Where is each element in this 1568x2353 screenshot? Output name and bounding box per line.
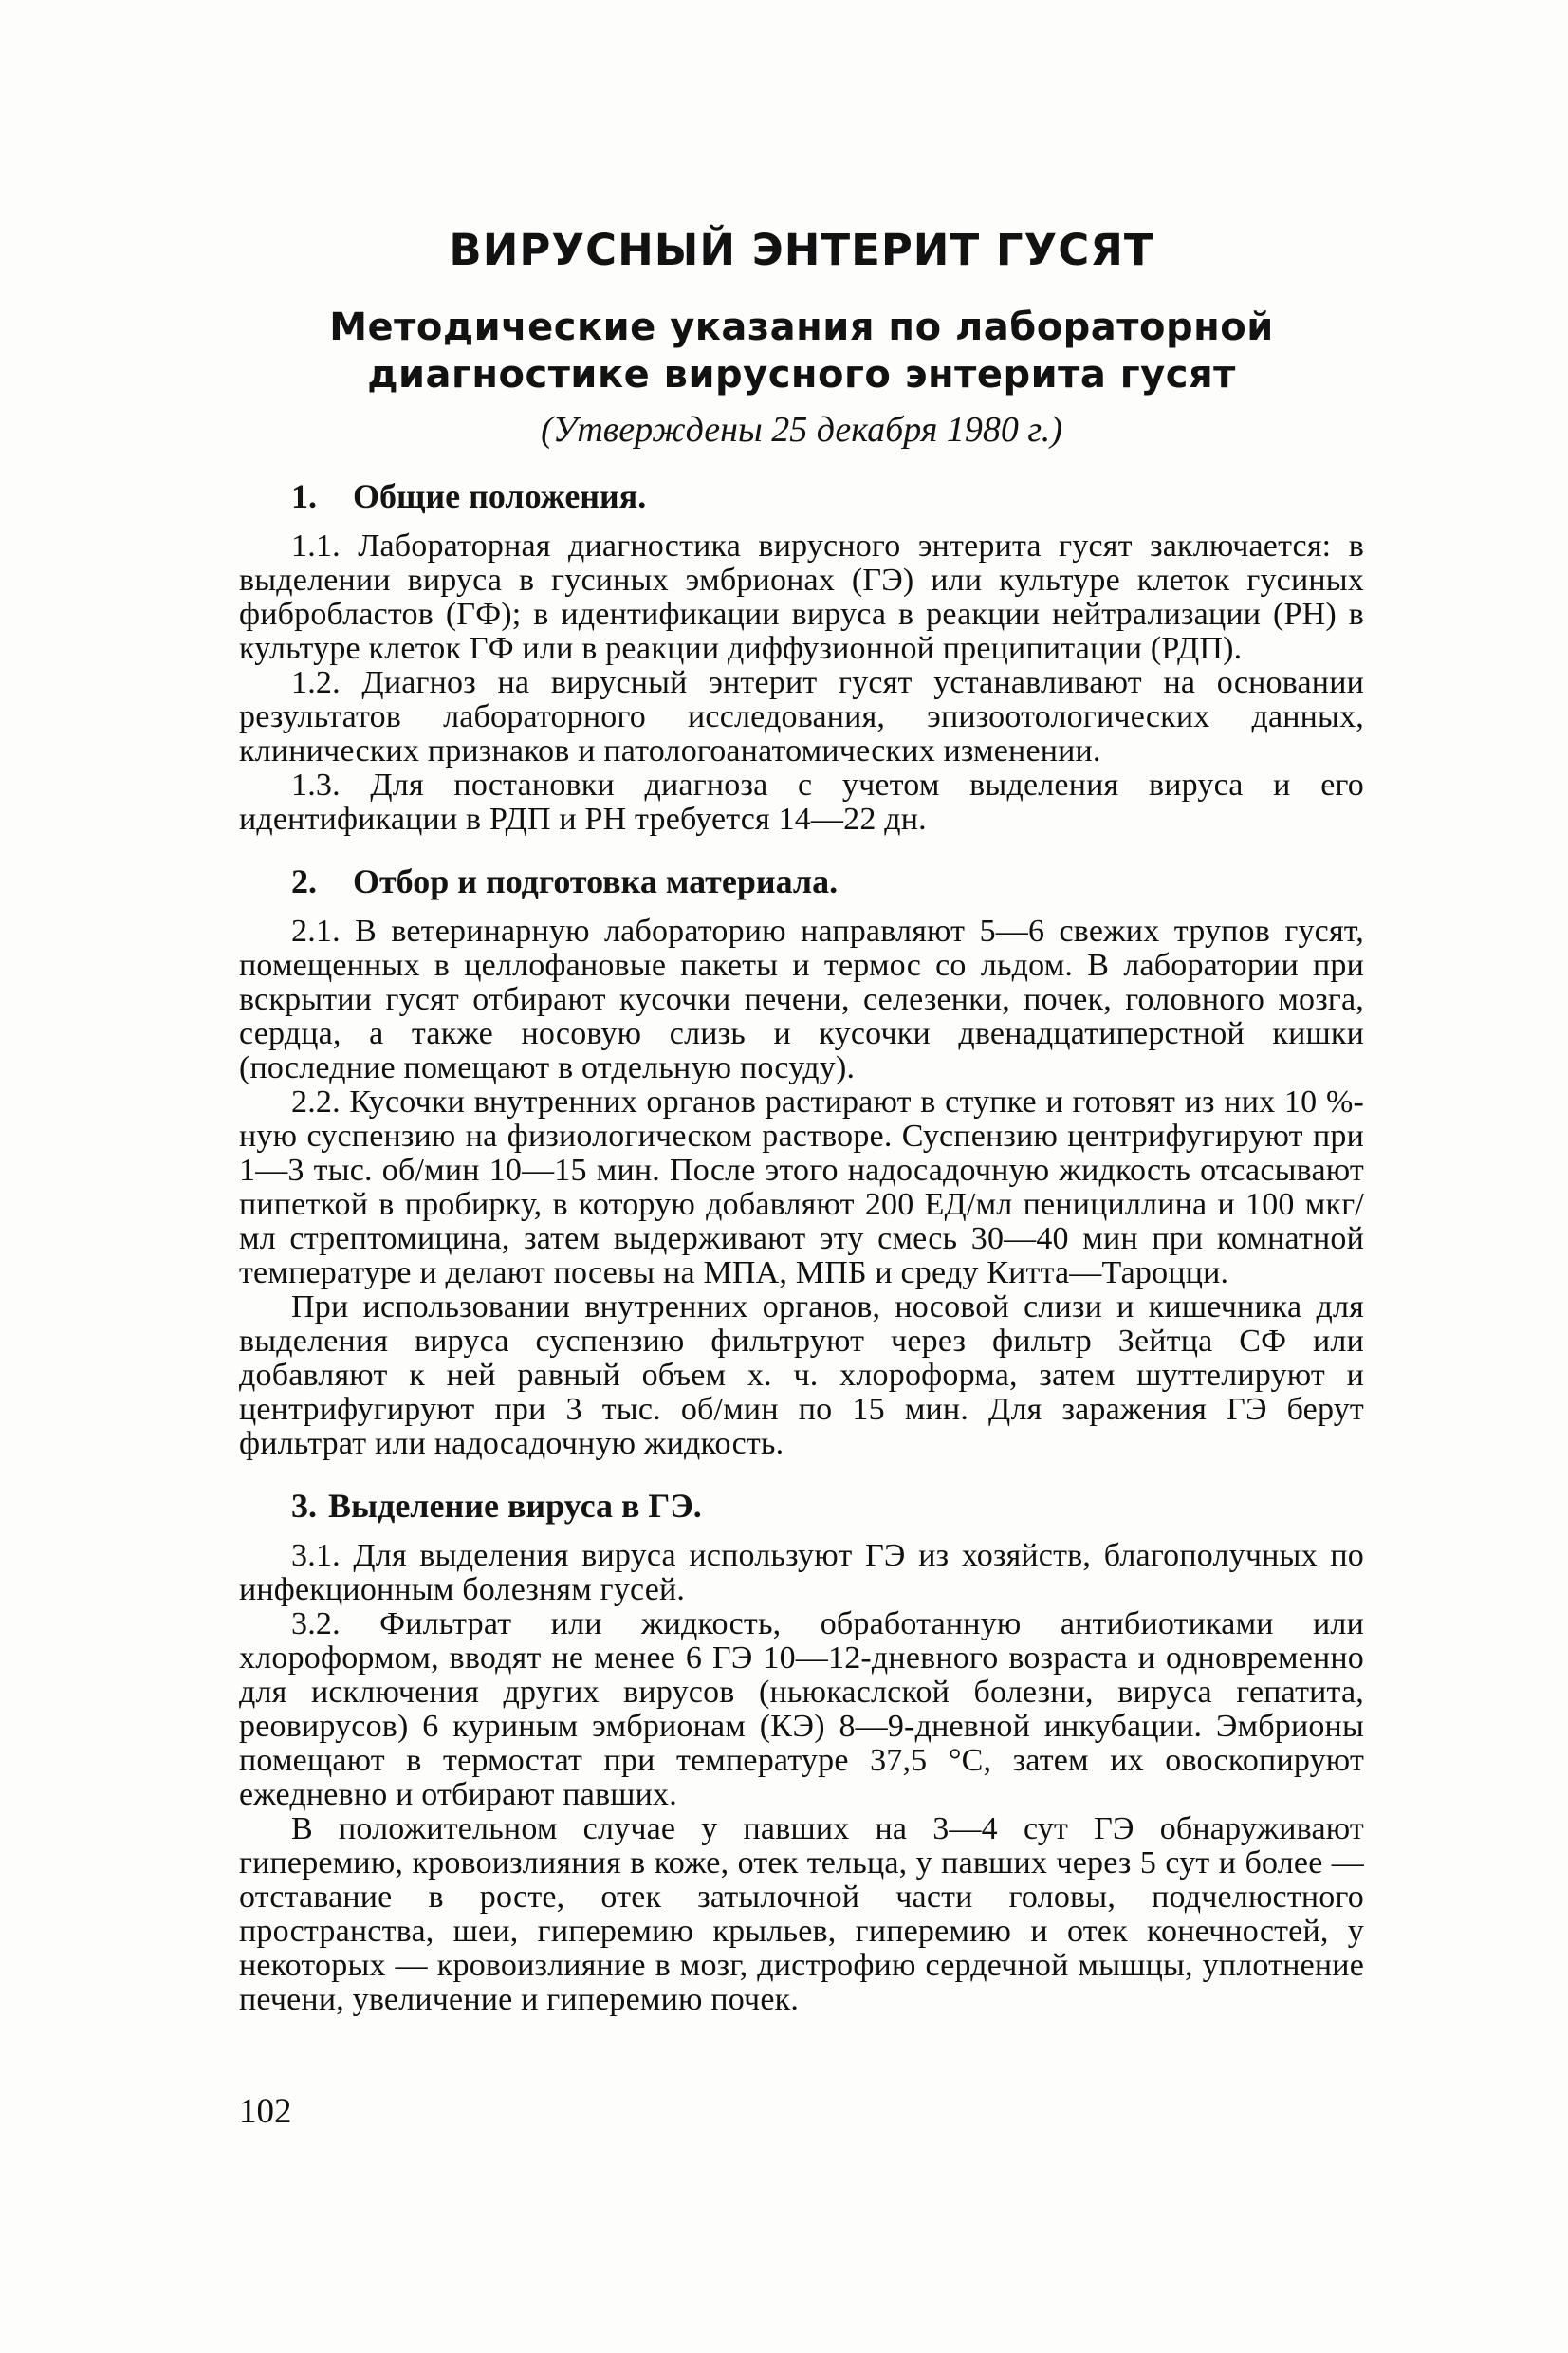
doc-subtitle: Методические указания по лабораторной ди… xyxy=(239,304,1364,398)
scanned-document-page: ВИРУСНЫЙ ЭНТЕРИТ ГУСЯТ Методические указ… xyxy=(0,0,1568,2353)
page-number: 102 xyxy=(239,2093,292,2131)
paragraph: 2.2. Кусочки внутренних органов растираю… xyxy=(239,1085,1364,1290)
section-number: 3. xyxy=(291,1487,317,1525)
section-title: Отбор и подготовка материала. xyxy=(353,862,838,900)
section-heading: 2.Отбор и подготовка материала. xyxy=(239,862,1364,901)
section-heading: 3.Выделение вируса в ГЭ. xyxy=(239,1486,1364,1526)
approval-note: (Утверждены 25 декабря 1980 г.) xyxy=(239,408,1364,452)
paragraph: При использовании внутренних органов, но… xyxy=(239,1290,1364,1461)
paragraph: 3.2. Фильтрат или жидкость, обработанную… xyxy=(239,1607,1364,1812)
section-title: Выделение вируса в ГЭ. xyxy=(328,1487,702,1525)
section-general: 1.Общие положения. 1.1. Лабораторная диа… xyxy=(239,476,1364,837)
page-title: ВИРУСНЫЙ ЭНТЕРИТ ГУСЯТ xyxy=(239,226,1364,275)
section-number: 2. xyxy=(291,862,317,900)
paragraph: 2.1. В ветеринарную лабораторию направля… xyxy=(239,915,1364,1085)
section-number: 1. xyxy=(291,477,317,515)
paragraph: 1.2. Диагноз на вирусный энтерит гусят у… xyxy=(239,666,1364,769)
section-title: Общие положения. xyxy=(353,477,646,515)
section-sampling: 2.Отбор и подготовка материала. 2.1. В в… xyxy=(239,862,1364,1461)
paragraph: 1.1. Лабораторная диагностика вирусного … xyxy=(239,529,1364,666)
paragraph: В положительном случае у павших на 3—4 с… xyxy=(239,1812,1364,2017)
text-column: ВИРУСНЫЙ ЭНТЕРИТ ГУСЯТ Методические указ… xyxy=(239,226,1364,2017)
paragraph: 1.3. Для постановки диагноза с учетом вы… xyxy=(239,769,1364,837)
section-virus-isolation: 3.Выделение вируса в ГЭ. 3.1. Для выделе… xyxy=(239,1486,1364,2017)
section-heading: 1.Общие положения. xyxy=(239,476,1364,516)
paragraph: 3.1. Для выделения вируса используют ГЭ … xyxy=(239,1539,1364,1607)
